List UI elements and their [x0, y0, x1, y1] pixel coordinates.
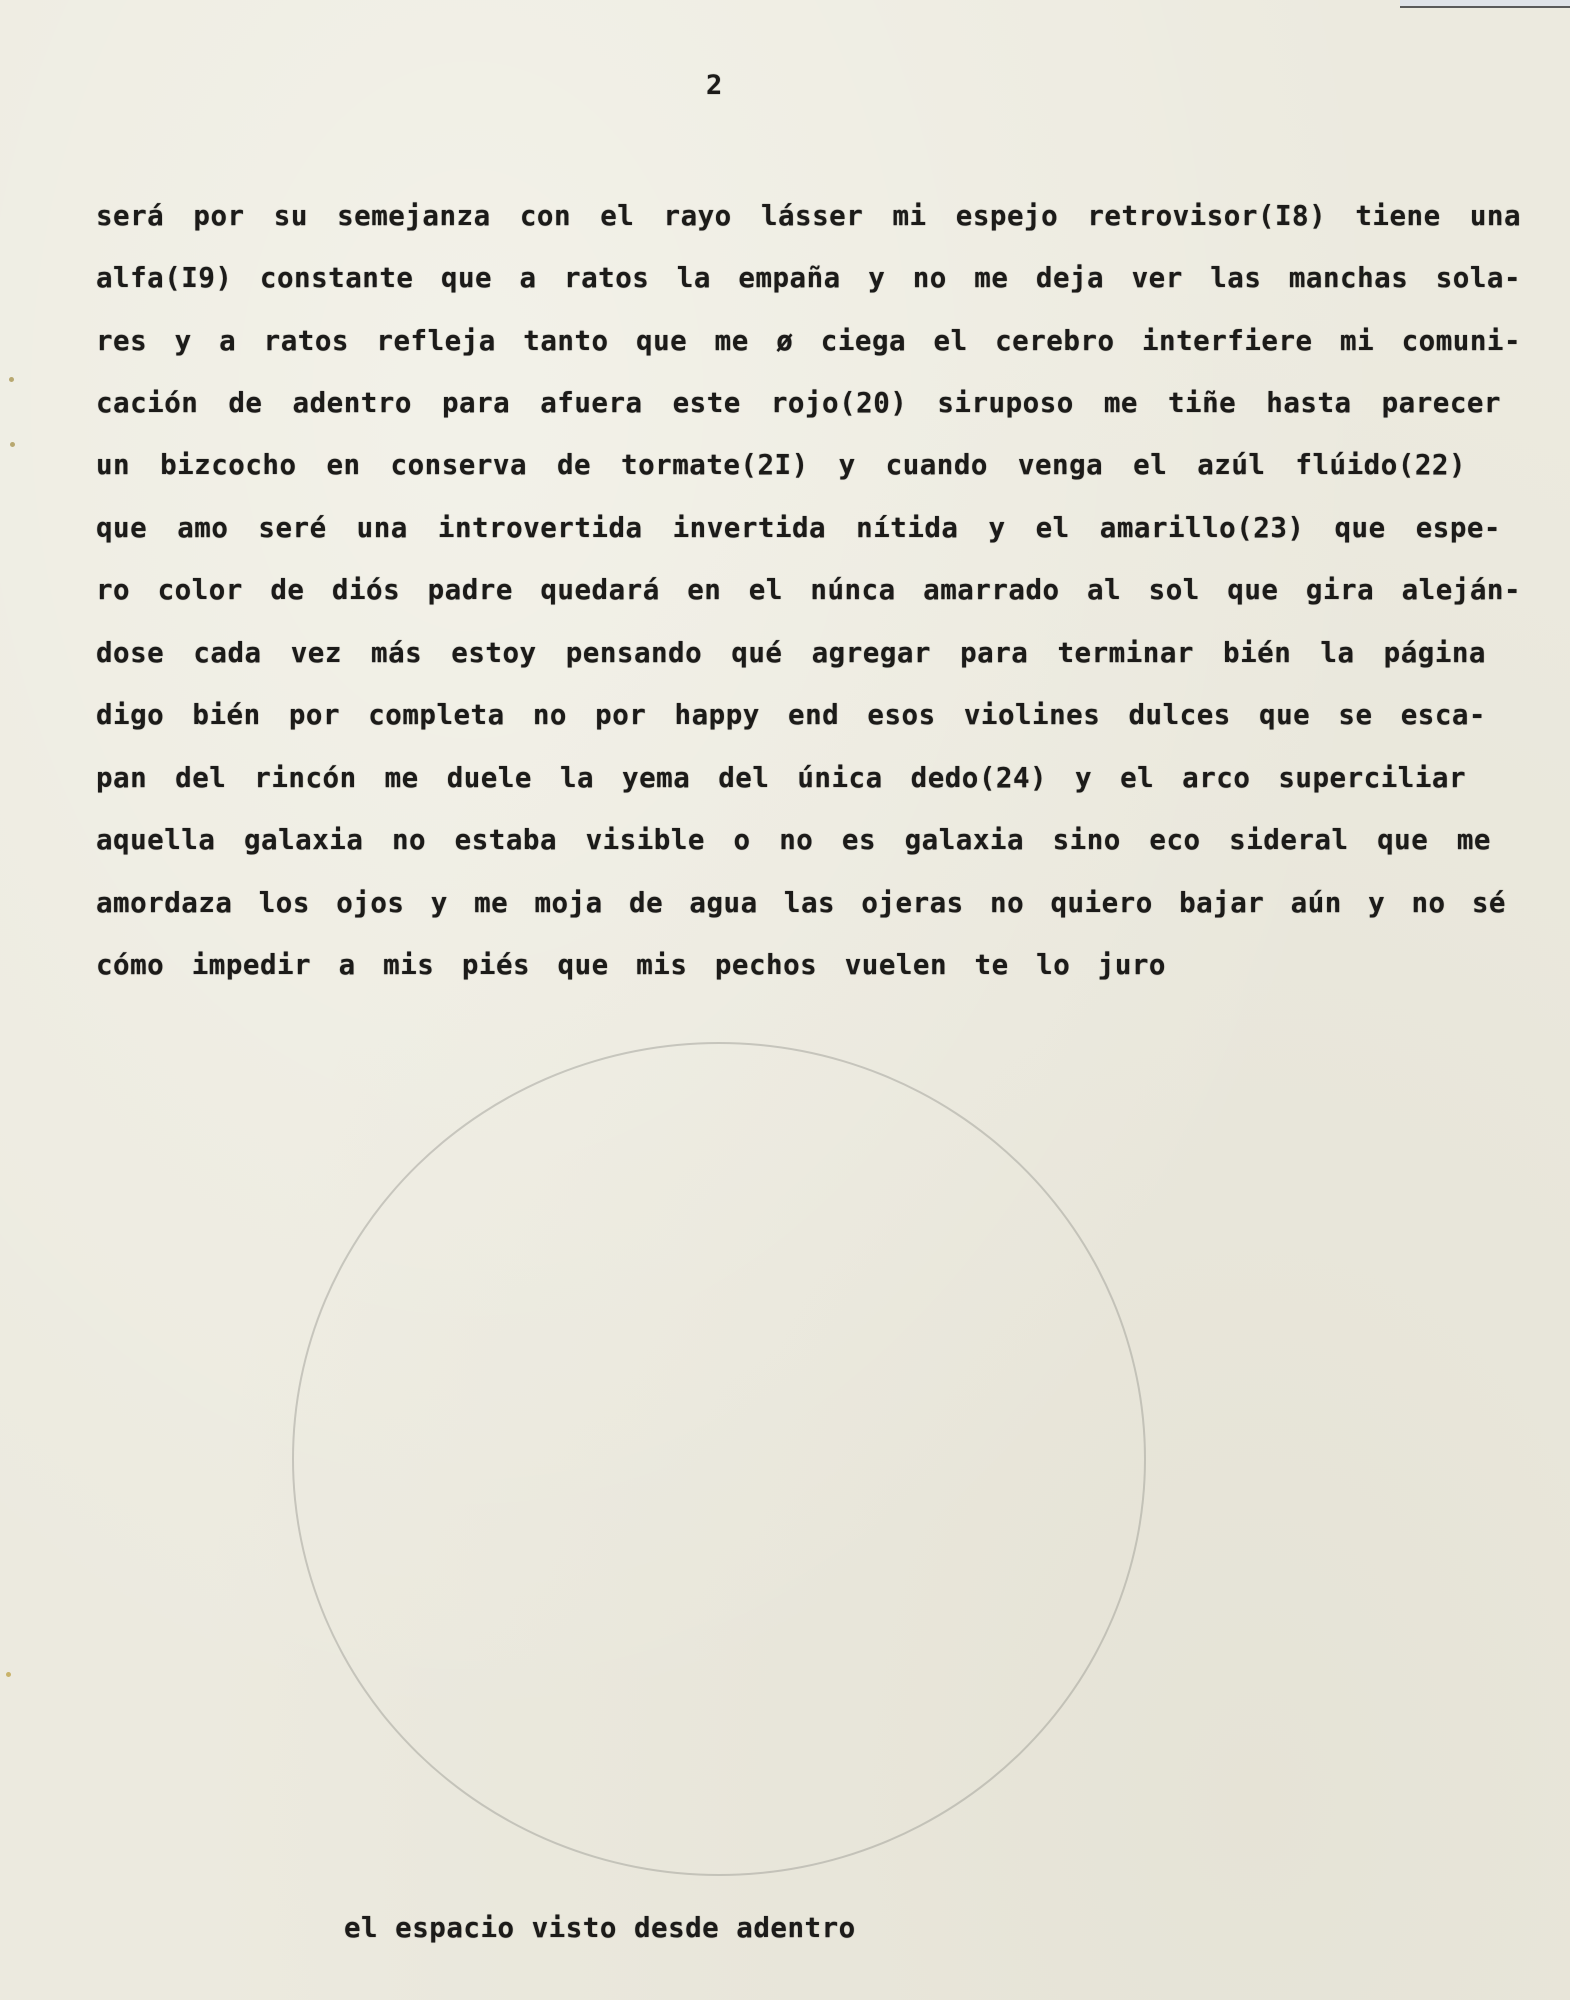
- body-line: amordaza los ojos y me moja de agua las …: [96, 886, 1506, 920]
- scanned-page: 2 será por su semejanza con el rayo láss…: [0, 0, 1570, 2000]
- body-line: res y a ratos refleja tanto que me ø cie…: [96, 324, 1521, 358]
- body-line: dose cada vez más estoy pensando qué agr…: [96, 636, 1486, 670]
- body-line: será por su semejanza con el rayo lásser…: [96, 199, 1521, 233]
- body-line: pan del rincón me duele la yema del únic…: [96, 761, 1466, 795]
- paper-speck: [9, 377, 14, 382]
- body-line: aquella galaxia no estaba visible o no e…: [96, 823, 1491, 857]
- scan-edge: [1400, 0, 1570, 8]
- body-line: cación de adentro para afuera este rojo(…: [96, 386, 1501, 420]
- body-line: digo bién por completa no por happy end …: [96, 698, 1486, 732]
- page-number: 2: [706, 70, 723, 101]
- paper-speck: [6, 1672, 11, 1677]
- body-line: que amo seré una introvertida invertida …: [96, 511, 1501, 545]
- pencil-circle-drawing: [292, 1042, 1146, 1876]
- drawing-caption: el espacio visto desde adentro: [344, 1912, 856, 1944]
- body-line: alfa(I9) constante que a ratos la empaña…: [96, 261, 1521, 295]
- body-line: un bizcocho en conserva de tormate(2I) y…: [96, 448, 1466, 482]
- body-line: ro color de diós padre quedará en el nún…: [96, 573, 1521, 607]
- body-line: cómo impedir a mis piés que mis pechos v…: [96, 948, 1166, 982]
- paper-speck: [10, 442, 15, 447]
